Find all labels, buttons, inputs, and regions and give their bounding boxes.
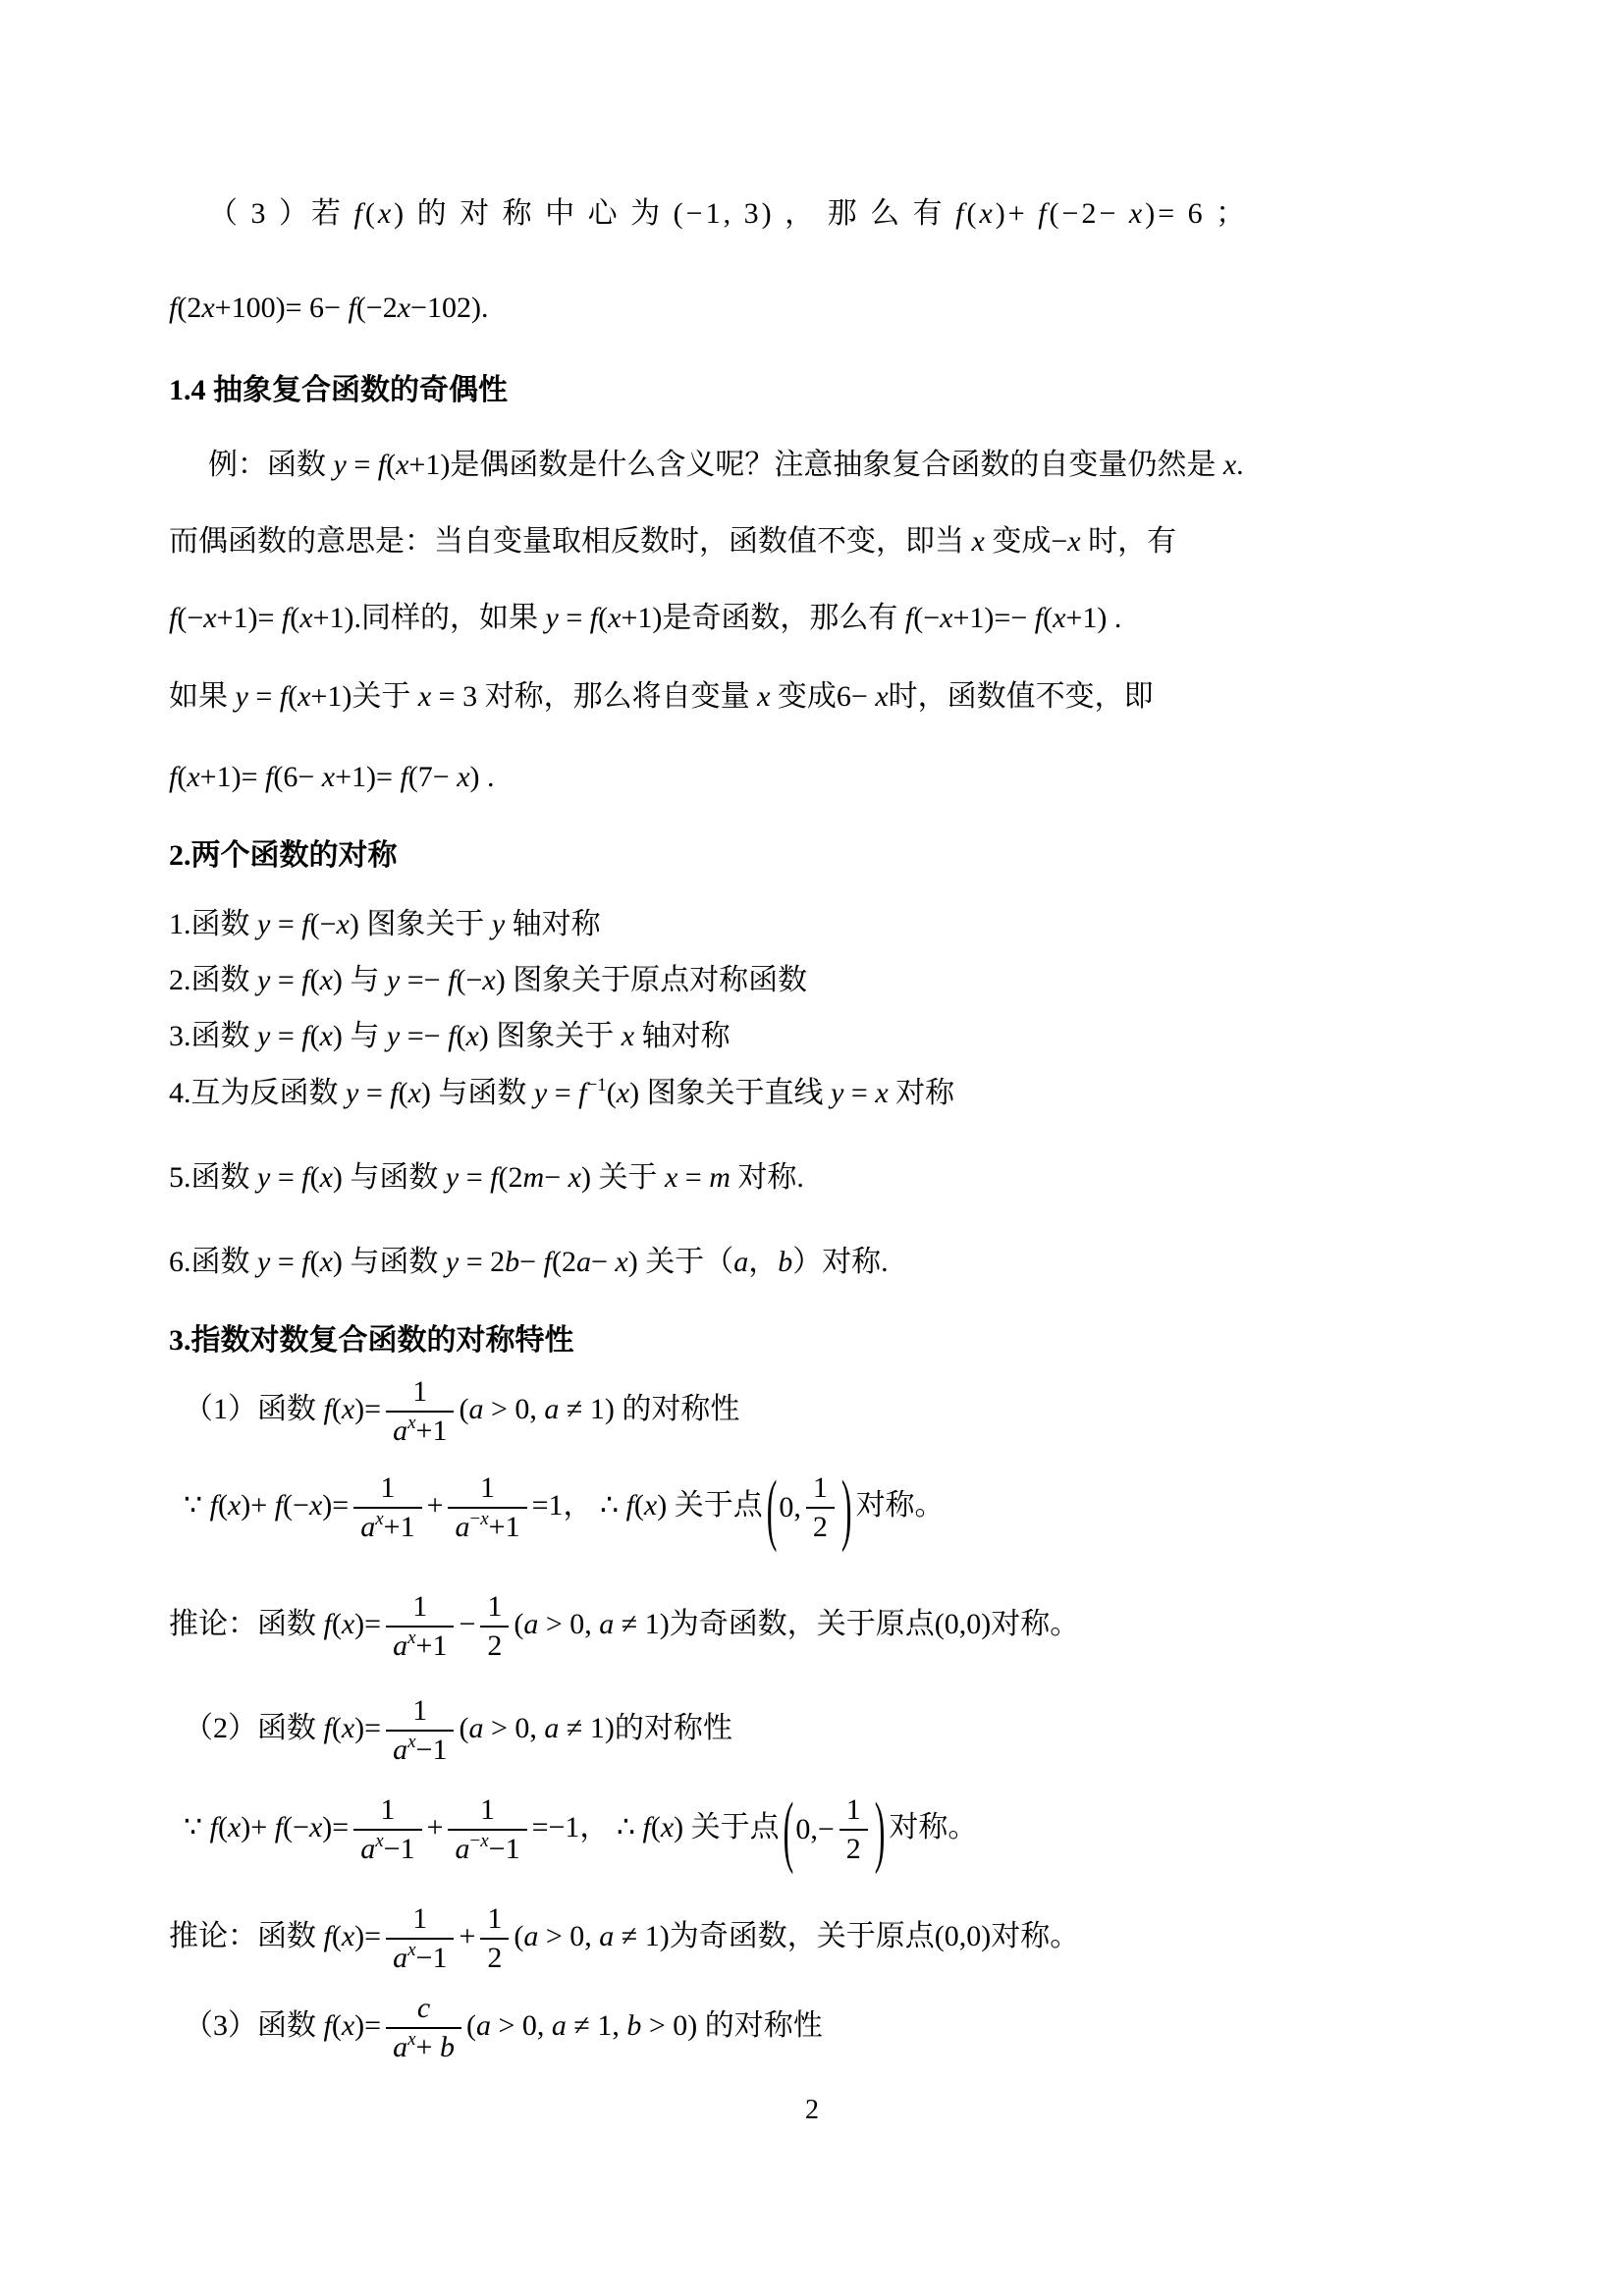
- math-run: x: [375, 1510, 383, 1528]
- math-run: y = x: [831, 1077, 889, 1109]
- math-run: y = f(x): [346, 1077, 431, 1109]
- math-run: a: [455, 1833, 469, 1865]
- math-run: y =− f(x): [387, 1020, 489, 1052]
- math-run: +1: [489, 1511, 520, 1543]
- math-run: 0,−: [795, 1810, 834, 1849]
- fraction-numerator: 1: [806, 1470, 835, 1509]
- list-item-4: 4.互为反函数 y = f(x) 与函数 y = f−1(x) 图象关于直线 y…: [169, 1074, 1465, 1113]
- fraction-numerator: 1: [480, 1589, 509, 1628]
- math-run: c: [417, 1992, 430, 2024]
- right-paren: ): [874, 1785, 887, 1875]
- right-paren: ): [840, 1463, 853, 1553]
- math-run: 1: [846, 1793, 861, 1826]
- formula-case2-proof: ∵ f(x)+ f(−x)=1ax−1+1a−x−1=−1， ∴ f(x) 关于…: [169, 1792, 1465, 1867]
- fraction-numerator: c: [386, 1991, 461, 2029]
- fraction-denominator: ax−1: [386, 1940, 454, 1976]
- math-run: (0,0): [935, 1920, 992, 1952]
- text-span: 3.函数: [169, 1020, 257, 1052]
- text-span: ，: [563, 1489, 600, 1522]
- list-item-2: 2.函数 y = f(x) 与 y =− f(−x) 图象关于原点对称函数: [169, 961, 1465, 1000]
- text-span: 为奇函数，关于原点: [670, 1608, 935, 1640]
- math-run: a: [393, 2031, 407, 2063]
- math-run: ∵ f(x)+ f(−x)=: [184, 1489, 349, 1522]
- text-span: （ 3 ）若: [208, 197, 354, 230]
- math-run: y = f(x): [257, 1246, 343, 1278]
- math-run: f(x)=: [324, 1712, 382, 1744]
- math-run: y = 2b− f(2a− x): [446, 1246, 638, 1278]
- math-run: f(x)=: [324, 1608, 382, 1640]
- formula-case1-proof: ∵ f(x)+ f(−x)=1ax+1+1a−x+1=1， ∴ f(x) 关于点…: [169, 1470, 1465, 1545]
- math-run: f(x): [354, 197, 407, 230]
- math-run: (a > 0, a ≠ 1): [459, 1712, 614, 1744]
- math-run: f(x)=: [324, 2009, 382, 2042]
- text-span: 的对称性: [615, 1393, 740, 1425]
- text-span: 对称.: [731, 1161, 804, 1194]
- math-run: +1: [416, 1629, 448, 1662]
- math-run: f(2x+100)= 6− f(−2x−102).: [169, 292, 488, 324]
- text-span: 图象关于: [489, 1020, 622, 1052]
- text-span: 与函数: [343, 1246, 446, 1278]
- math-run: 2: [487, 1942, 502, 1974]
- fraction: cax+ b: [386, 1991, 461, 2065]
- text-span: .: [480, 761, 495, 793]
- math-run: =−1: [532, 1811, 580, 1843]
- para-even-meaning: 而偶函数的意思是：当自变量取相反数时，函数值不变，即当 x 变成−x 时，有: [169, 522, 1465, 561]
- math-run: x = 3: [418, 680, 477, 713]
- math-run: f(−x+1)=− f(x+1): [905, 602, 1107, 634]
- math-run: y = f(2m− x): [446, 1161, 591, 1194]
- fraction: 12: [806, 1470, 835, 1545]
- para-example-even-function: 例：函数 y = f(x+1)是偶函数是什么含义呢？注意抽象复合函数的自变量仍然…: [169, 446, 1465, 485]
- fraction-denominator: ax−1: [386, 1732, 454, 1768]
- text-span: ；: [1206, 197, 1249, 230]
- text-span: 的对称性: [697, 2009, 823, 2042]
- fraction: 12: [839, 1792, 868, 1867]
- math-run: a: [393, 1734, 407, 1766]
- list-item-5: 5.函数 y = f(x) 与函数 y = f(2m− x) 关于 x = m …: [169, 1158, 1465, 1198]
- fraction-numerator: 1: [448, 1792, 526, 1831]
- fraction-denominator: ax+1: [386, 1413, 454, 1449]
- text-span: 对称。: [991, 1920, 1079, 1952]
- fraction: 1ax+1: [386, 1589, 454, 1664]
- formula-case2: （2）函数 f(x)=1ax−1(a > 0, a ≠ 1)的对称性: [169, 1693, 1465, 1768]
- math-run: f(x)=: [324, 1920, 382, 1952]
- text-span: 关于点: [667, 1489, 763, 1522]
- text-span: .: [1107, 602, 1121, 634]
- math-run: f(x)=: [324, 1393, 382, 1425]
- list-item-6: 6.函数 y = f(x) 与函数 y = 2b− f(2a− x) 关于（a，…: [169, 1243, 1465, 1282]
- fraction-denominator: ax+ b: [386, 2029, 461, 2065]
- fraction-numerator: 1: [386, 1374, 454, 1413]
- fraction: 1a−x−1: [448, 1792, 526, 1867]
- text-span: 轴对称: [505, 908, 601, 940]
- text-span: 对称。: [991, 1608, 1079, 1640]
- math-run: a: [455, 1511, 469, 1543]
- math-run: (0,0): [935, 1608, 992, 1640]
- text-span: ，: [579, 1811, 617, 1843]
- math-run: a: [393, 1942, 407, 1974]
- formula-f2x100: f(2x+100)= 6− f(−2x−102).: [169, 289, 1465, 328]
- text-span: 与: [343, 1020, 387, 1052]
- math-run: x: [407, 1629, 415, 1647]
- math-run: y = f(x): [257, 1161, 343, 1194]
- math-run: a: [393, 1629, 407, 1662]
- text-span: 对称。: [889, 1811, 977, 1843]
- math-run: y = f(−x): [257, 908, 359, 940]
- text-span: 关于（: [638, 1246, 734, 1278]
- math-run: −x: [469, 1510, 488, 1528]
- math-run: 0,: [779, 1488, 801, 1527]
- fraction-denominator: 2: [806, 1509, 835, 1545]
- math-run: 1: [813, 1471, 828, 1504]
- math-run: y =− f(−x): [387, 964, 506, 996]
- text-span: 6.函数: [169, 1246, 257, 1278]
- tall-paren-group: (0,12): [766, 1470, 853, 1545]
- math-run: −: [459, 1608, 475, 1640]
- left-paren: (: [766, 1463, 779, 1553]
- text-span: 时，有: [1081, 525, 1177, 558]
- document-page: （ 3 ）若 f(x) 的 对 称 中 心 为 (−1, 3) ， 那 么 有 …: [0, 0, 1624, 2296]
- page-number: 2: [0, 2093, 1624, 2128]
- fraction: 1ax−1: [386, 1693, 454, 1768]
- text-span: 2.两个函数的对称: [169, 839, 398, 872]
- math-run: (a > 0, a ≠ 1): [514, 1920, 669, 1952]
- text-span: 图象关于直线: [639, 1077, 831, 1109]
- math-run: ∵ f(x)+ f(−x)=: [184, 1811, 349, 1843]
- math-run: 2: [487, 1629, 502, 1662]
- fraction-denominator: a−x−1: [448, 1831, 526, 1867]
- math-run: 1: [412, 1694, 427, 1727]
- text-span: 而偶函数的意思是：当自变量取相反数时，函数值不变，即当: [169, 525, 972, 558]
- text-span: 关于: [591, 1161, 665, 1194]
- text-span: 5.函数: [169, 1161, 257, 1194]
- math-run: 1: [487, 1590, 502, 1623]
- formula-case1-corollary: 推论：函数 f(x)=1ax+1−12(a > 0, a ≠ 1)为奇函数，关于…: [169, 1589, 1465, 1664]
- fraction-numerator: 1: [386, 1901, 454, 1940]
- math-run: x: [407, 2030, 415, 2049]
- math-run: −1: [416, 1942, 448, 1974]
- fraction: 12: [480, 1901, 509, 1976]
- math-run: a: [733, 1246, 748, 1278]
- text-span: 1.函数: [169, 908, 257, 940]
- text-span: .同样的，如果: [354, 602, 546, 634]
- fraction: 1ax−1: [386, 1901, 454, 1976]
- formula-case3: （3）函数 f(x)=cax+ b(a > 0, a ≠ 1, b > 0) 的…: [169, 1991, 1465, 2065]
- fraction-denominator: a−x+1: [448, 1509, 526, 1545]
- text-span: 与函数: [343, 1161, 446, 1194]
- math-run: b: [778, 1246, 792, 1278]
- text-span: 与: [343, 964, 387, 996]
- math-run: 1: [487, 1902, 502, 1935]
- fraction-numerator: 1: [448, 1470, 526, 1509]
- math-run: 1: [380, 1793, 395, 1826]
- text-span: 变成: [770, 680, 837, 713]
- text-span: 与函数: [431, 1077, 534, 1109]
- formula-f7minusx: f(x+1)= f(6− x+1)= f(7− x) .: [169, 758, 1465, 797]
- text-span: 是偶函数是什么含义呢？注意抽象复合函数的自变量仍然是: [450, 449, 1223, 481]
- fraction: 1ax+1: [386, 1374, 454, 1449]
- text-span: 时，函数值不变，即: [889, 680, 1154, 713]
- formula-even-odd: f(−x+1)= f(x+1).同样的，如果 y = f(x+1)是奇函数，那么…: [169, 599, 1465, 638]
- text-span: 例：函数: [208, 449, 334, 481]
- text-span: 图象关于: [359, 908, 492, 940]
- para-symmetric-about-x3: 如果 y = f(x+1)关于 x = 3 对称，那么将自变量 x 变成6− x…: [169, 677, 1465, 717]
- math-run: 2: [846, 1833, 861, 1865]
- fraction-denominator: 2: [839, 1831, 868, 1867]
- paren-content: 0,12: [778, 1470, 840, 1545]
- math-run: y = f: [534, 1077, 587, 1109]
- fraction-numerator: 1: [386, 1589, 454, 1628]
- text-span: 1.4 抽象复合函数的奇偶性: [169, 374, 508, 406]
- math-run: x: [407, 1414, 415, 1432]
- text-span: 变成: [985, 525, 1052, 558]
- text-span: ，: [748, 1246, 778, 1278]
- math-run: a: [360, 1511, 375, 1543]
- text-span: 如果: [169, 680, 236, 713]
- math-run: y = f(x+1): [334, 449, 451, 481]
- math-run: f(x)+ f(−2− x)= 6: [955, 197, 1206, 230]
- math-run: x: [972, 525, 985, 558]
- text-span: 2.函数: [169, 964, 257, 996]
- math-run: f(x+1)= f(6− x+1)= f(7− x): [169, 761, 480, 793]
- text-span: 对称，那么将自变量: [477, 680, 757, 713]
- fraction: 12: [480, 1589, 509, 1664]
- math-run: −1: [416, 1734, 448, 1766]
- math-run: 1: [480, 1793, 495, 1826]
- math-run: y = f(x): [257, 964, 343, 996]
- math-run: x: [375, 1832, 383, 1850]
- math-run: 2: [813, 1511, 828, 1543]
- math-run: +1: [416, 1415, 448, 1447]
- math-run: (x): [607, 1077, 639, 1109]
- fraction-denominator: ax−1: [353, 1831, 421, 1867]
- fraction-denominator: 2: [480, 1940, 509, 1976]
- math-run: (−1, 3): [674, 197, 775, 230]
- text-span: 对称。: [856, 1489, 945, 1522]
- text-span: 关于: [352, 680, 418, 713]
- left-paren: (: [783, 1785, 795, 1875]
- math-run: y = f(x+1): [236, 680, 352, 713]
- text-span: 推论：函数: [169, 1608, 324, 1640]
- math-run: x.: [1223, 449, 1244, 481]
- math-run: +1: [384, 1511, 415, 1543]
- fraction: 1ax−1: [353, 1792, 421, 1867]
- text-span: ， 那 么 有: [775, 197, 956, 230]
- math-run: y = f(x): [257, 1020, 343, 1052]
- fraction-numerator: 1: [386, 1693, 454, 1732]
- math-run: (a > 0, a ≠ 1, b > 0): [466, 2009, 697, 2042]
- fraction-denominator: ax+1: [353, 1509, 421, 1545]
- math-run: +: [427, 1489, 444, 1522]
- math-run: =1: [532, 1489, 564, 1522]
- math-run: −1: [489, 1833, 520, 1865]
- math-run: y = f(x+1): [546, 602, 663, 634]
- math-run: 1: [412, 1902, 427, 1935]
- math-run: ∴ f(x): [600, 1489, 667, 1522]
- text-span: 是奇函数，那么有: [662, 602, 905, 634]
- math-run: 1: [480, 1471, 495, 1504]
- text-span: 3.指数对数复合函数的对称特性: [169, 1324, 574, 1357]
- math-run: 1: [412, 1375, 427, 1408]
- math-run: −1: [384, 1833, 415, 1865]
- math-run: y: [492, 908, 505, 940]
- fraction-numerator: 1: [839, 1792, 868, 1831]
- text-span: 图象关于原点对称函数: [506, 964, 808, 996]
- math-run: x: [407, 1941, 415, 1959]
- text-span: （3）函数: [184, 2009, 324, 2042]
- heading-1-4: 1.4 抽象复合函数的奇偶性: [169, 371, 1465, 410]
- fraction: 1ax+1: [353, 1470, 421, 1545]
- math-run: −x: [1051, 525, 1080, 558]
- fraction: 1a−x+1: [448, 1470, 526, 1545]
- list-item-1: 1.函数 y = f(−x) 图象关于 y 轴对称: [169, 905, 1465, 944]
- heading-3: 3.指数对数复合函数的对称特性: [169, 1321, 1465, 1361]
- text-span: （2）函数: [184, 1712, 324, 1744]
- text-span: 关于点: [683, 1811, 780, 1843]
- text-span: 的对称性: [615, 1712, 732, 1744]
- para-symmetry-center-item3: （ 3 ）若 f(x) 的 对 称 中 心 为 (−1, 3) ， 那 么 有 …: [169, 194, 1465, 234]
- fraction-denominator: 2: [480, 1628, 509, 1664]
- math-run: x: [622, 1020, 634, 1052]
- math-run: + b: [416, 2031, 455, 2063]
- text-span: 4.互为反函数: [169, 1077, 346, 1109]
- fraction-denominator: ax+1: [386, 1628, 454, 1664]
- math-run: +: [427, 1811, 444, 1843]
- math-run: (a > 0, a ≠ 1): [514, 1608, 669, 1640]
- math-run: 1: [412, 1590, 427, 1623]
- math-run: a: [360, 1833, 375, 1865]
- text-span: ）对称.: [792, 1246, 889, 1278]
- math-run: −1: [587, 1076, 607, 1095]
- formula-case2-corollary: 推论：函数 f(x)=1ax−1+12(a > 0, a ≠ 1)为奇函数，关于…: [169, 1901, 1465, 1976]
- formula-case1: （1）函数 f(x)=1ax+1(a > 0, a ≠ 1) 的对称性: [169, 1374, 1465, 1449]
- text-span: 推论：函数: [169, 1920, 324, 1952]
- math-run: 1: [380, 1471, 395, 1504]
- math-run: f(−x+1)= f(x+1): [169, 602, 354, 634]
- math-run: x: [757, 680, 770, 713]
- text-span: （1）函数: [184, 1393, 324, 1425]
- heading-2: 2.两个函数的对称: [169, 836, 1465, 876]
- math-run: +: [459, 1920, 475, 1952]
- fraction-numerator: 1: [480, 1901, 509, 1940]
- paren-content: 0,−12: [794, 1792, 873, 1867]
- text-span: 轴对称: [634, 1020, 731, 1052]
- text-span: 对称: [889, 1077, 955, 1109]
- math-run: ∴ f(x): [617, 1811, 683, 1843]
- math-run: a: [393, 1415, 407, 1447]
- text-span: 为奇函数，关于原点: [670, 1920, 935, 1952]
- list-item-3: 3.函数 y = f(x) 与 y =− f(x) 图象关于 x 轴对称: [169, 1017, 1465, 1056]
- math-run: −x: [469, 1832, 488, 1850]
- fraction-numerator: 1: [353, 1792, 421, 1831]
- math-run: x = m: [665, 1161, 731, 1194]
- fraction-numerator: 1: [353, 1470, 421, 1509]
- math-run: 6− x: [837, 680, 889, 713]
- math-run: (a > 0, a ≠ 1): [459, 1393, 614, 1425]
- text-span: 的 对 称 中 心 为: [406, 197, 674, 230]
- math-run: x: [407, 1733, 415, 1751]
- document-content: （ 3 ）若 f(x) 的 对 称 中 心 为 (−1, 3) ， 那 么 有 …: [169, 194, 1465, 2065]
- tall-paren-group: (0,−12): [783, 1792, 887, 1867]
